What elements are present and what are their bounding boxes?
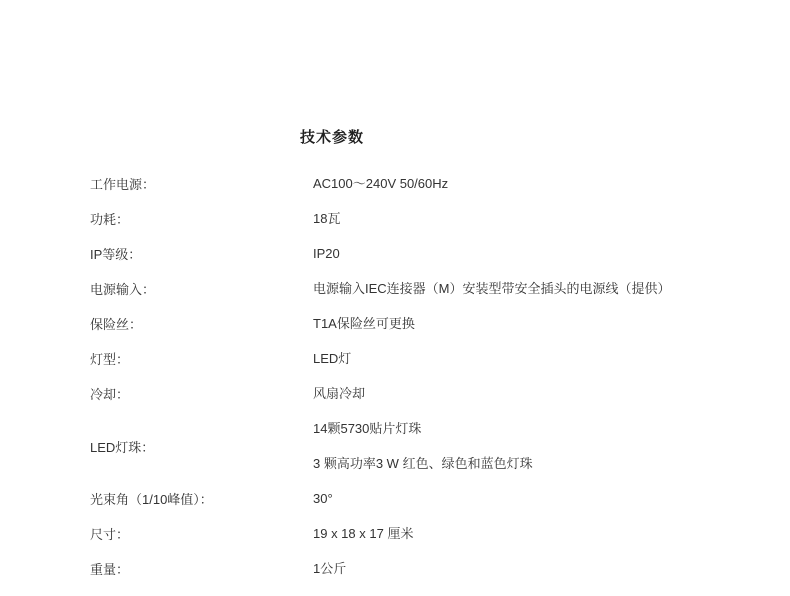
spec-value: 30° (313, 481, 333, 516)
spec-label: 保险丝： (90, 314, 313, 333)
spec-value-list: 1公斤 (313, 551, 346, 586)
spec-table: 工作电源：AC100～240V 50/60Hz功耗：18瓦IP等级：IP20电源… (90, 166, 750, 586)
spec-value: AC100～240V 50/60Hz (313, 166, 448, 201)
spec-value: T1A保险丝可更换 (313, 306, 415, 341)
spec-value-list: IP20 (313, 236, 340, 271)
spec-sheet-page: 技术参数 工作电源：AC100～240V 50/60Hz功耗：18瓦IP等级：I… (0, 0, 790, 596)
spec-value: 14颗5730贴片灯珠 (313, 411, 533, 446)
spec-label: 灯型： (90, 349, 313, 368)
spec-row: 冷却：风扇冷却 (90, 376, 750, 411)
spec-row: 光束角（1/10峰值）：30° (90, 481, 750, 516)
spec-row: 重量：1公斤 (90, 551, 750, 586)
spec-label: IP等级： (90, 244, 313, 263)
spec-label: 光束角（1/10峰值）： (90, 489, 313, 508)
spec-value-list: T1A保险丝可更换 (313, 306, 415, 341)
spec-value: 3 颗高功率3 W 红色、绿色和蓝色灯珠 (313, 446, 533, 481)
spec-row: IP等级：IP20 (90, 236, 750, 271)
spec-row: LED灯珠：14颗5730贴片灯珠3 颗高功率3 W 红色、绿色和蓝色灯珠 (90, 411, 750, 481)
spec-value-list: AC100～240V 50/60Hz (313, 166, 448, 201)
spec-label: 工作电源： (90, 174, 313, 193)
spec-value-list: 风扇冷却 (313, 376, 365, 411)
spec-row: 工作电源：AC100～240V 50/60Hz (90, 166, 750, 201)
spec-value: IP20 (313, 236, 340, 271)
spec-label: LED灯珠： (90, 437, 313, 456)
spec-label: 电源输入： (90, 279, 313, 298)
spec-value: 风扇冷却 (313, 376, 365, 411)
spec-value: LED灯 (313, 341, 351, 376)
spec-label: 尺寸： (90, 524, 313, 543)
spec-value-list: 30° (313, 481, 333, 516)
spec-value: 19 x 18 x 17 厘米 (313, 516, 413, 551)
spec-label: 冷却： (90, 384, 313, 403)
spec-value: 18瓦 (313, 201, 340, 236)
spec-value-list: 18瓦 (313, 201, 340, 236)
spec-value-list: 14颗5730贴片灯珠3 颗高功率3 W 红色、绿色和蓝色灯珠 (313, 411, 533, 481)
page-title: 技术参数 (300, 126, 364, 147)
spec-value: 1公斤 (313, 551, 346, 586)
spec-row: 电源输入：电源输入IEC连接器（M）安装型带安全插头的电源线（提供） (90, 271, 750, 306)
spec-value-list: 电源输入IEC连接器（M）安装型带安全插头的电源线（提供） (313, 271, 671, 306)
spec-label: 重量： (90, 559, 313, 578)
spec-row: 尺寸：19 x 18 x 17 厘米 (90, 516, 750, 551)
spec-value-list: 19 x 18 x 17 厘米 (313, 516, 413, 551)
spec-label: 功耗： (90, 209, 313, 228)
spec-value-list: LED灯 (313, 341, 351, 376)
spec-value: 电源输入IEC连接器（M）安装型带安全插头的电源线（提供） (313, 271, 671, 306)
spec-row: 灯型：LED灯 (90, 341, 750, 376)
spec-row: 保险丝：T1A保险丝可更换 (90, 306, 750, 341)
spec-row: 功耗：18瓦 (90, 201, 750, 236)
